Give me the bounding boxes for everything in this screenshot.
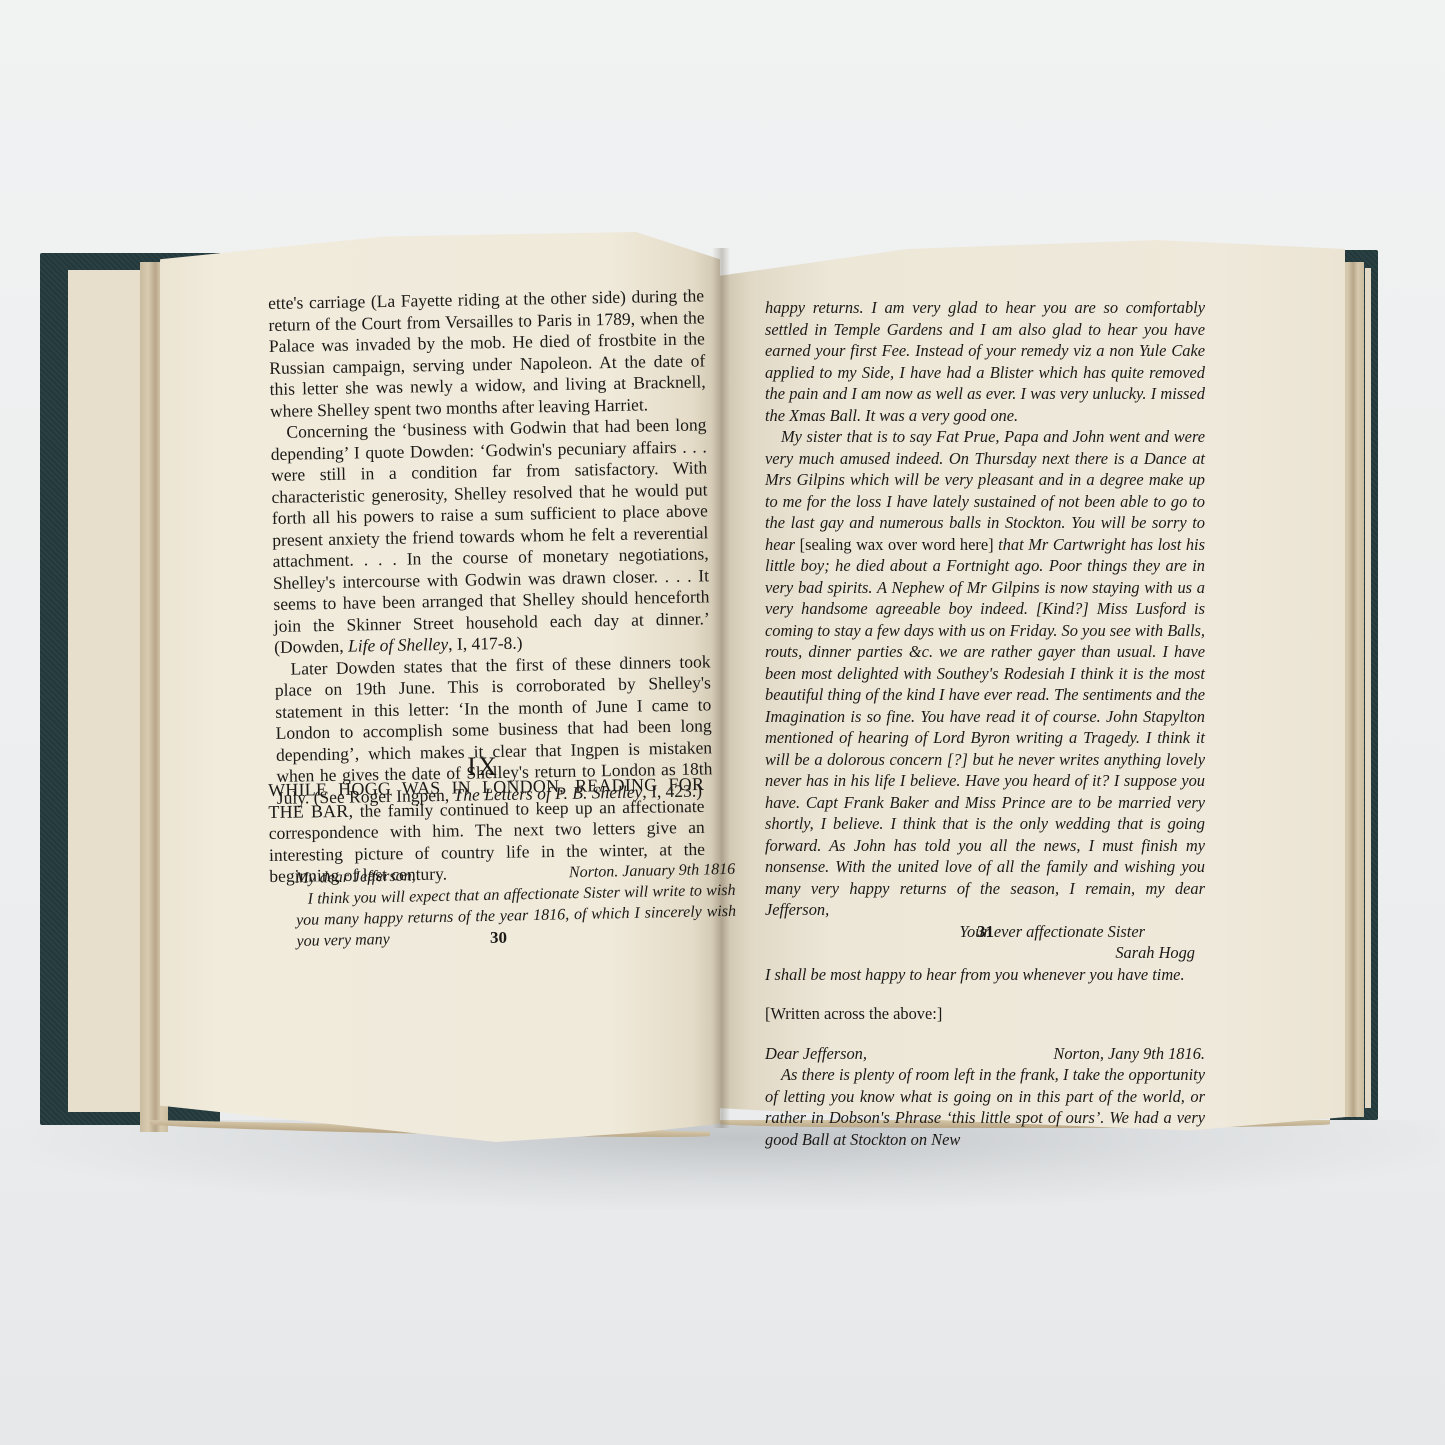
letter-1-salutation: My dear Jefferson, (295, 865, 416, 889)
letter-2-place-date: Norton, Jany 9th 1816. (1053, 1043, 1205, 1065)
page-number-right: 31 (977, 922, 994, 942)
paragraph-continuation: ette's carriage (La Fayette riding at th… (268, 285, 706, 422)
letter-2-salutation: Dear Jefferson, (765, 1043, 867, 1065)
editorial-bracket: [sealing wax over word here] (800, 535, 994, 554)
paragraph-godwin: Concerning the ‘business with Godwin tha… (270, 414, 710, 658)
letter-1-paragraph-2: My sister that is to say Fat Prue, Papa … (765, 426, 1205, 921)
citation-title: Life of Shelley (348, 634, 448, 656)
right-page-body: happy returns. I am very glad to hear yo… (765, 297, 1205, 1150)
letter-2-header: Dear Jefferson, Norton, Jany 9th 1816. (765, 1043, 1205, 1065)
letter-1-opening: My dear Jefferson, Norton. January 9th 1… (295, 859, 737, 952)
letter-2-body-start: As there is plenty of room left in the f… (765, 1064, 1205, 1150)
left-page-body: ette's carriage (La Fayette riding at th… (268, 285, 713, 809)
signature: Sarah Hogg (765, 942, 1205, 964)
letter-1-paragraph-1: happy returns. I am very glad to hear yo… (765, 297, 1205, 426)
page-number-left: 30 (490, 928, 507, 948)
book-shadow (30, 1120, 1440, 1210)
book-gutter (712, 248, 730, 1128)
postscript: I shall be most happy to hear from you w… (765, 964, 1205, 986)
letter-1-body-start: I think you will expect that an affectio… (295, 880, 736, 952)
editorial-bracket: [?] (947, 750, 968, 769)
endpaper-right (1365, 268, 1371, 1108)
editorial-note: [Written across the above:] (765, 1003, 1205, 1025)
editorial-bracket: [Kind?] (1036, 599, 1089, 618)
